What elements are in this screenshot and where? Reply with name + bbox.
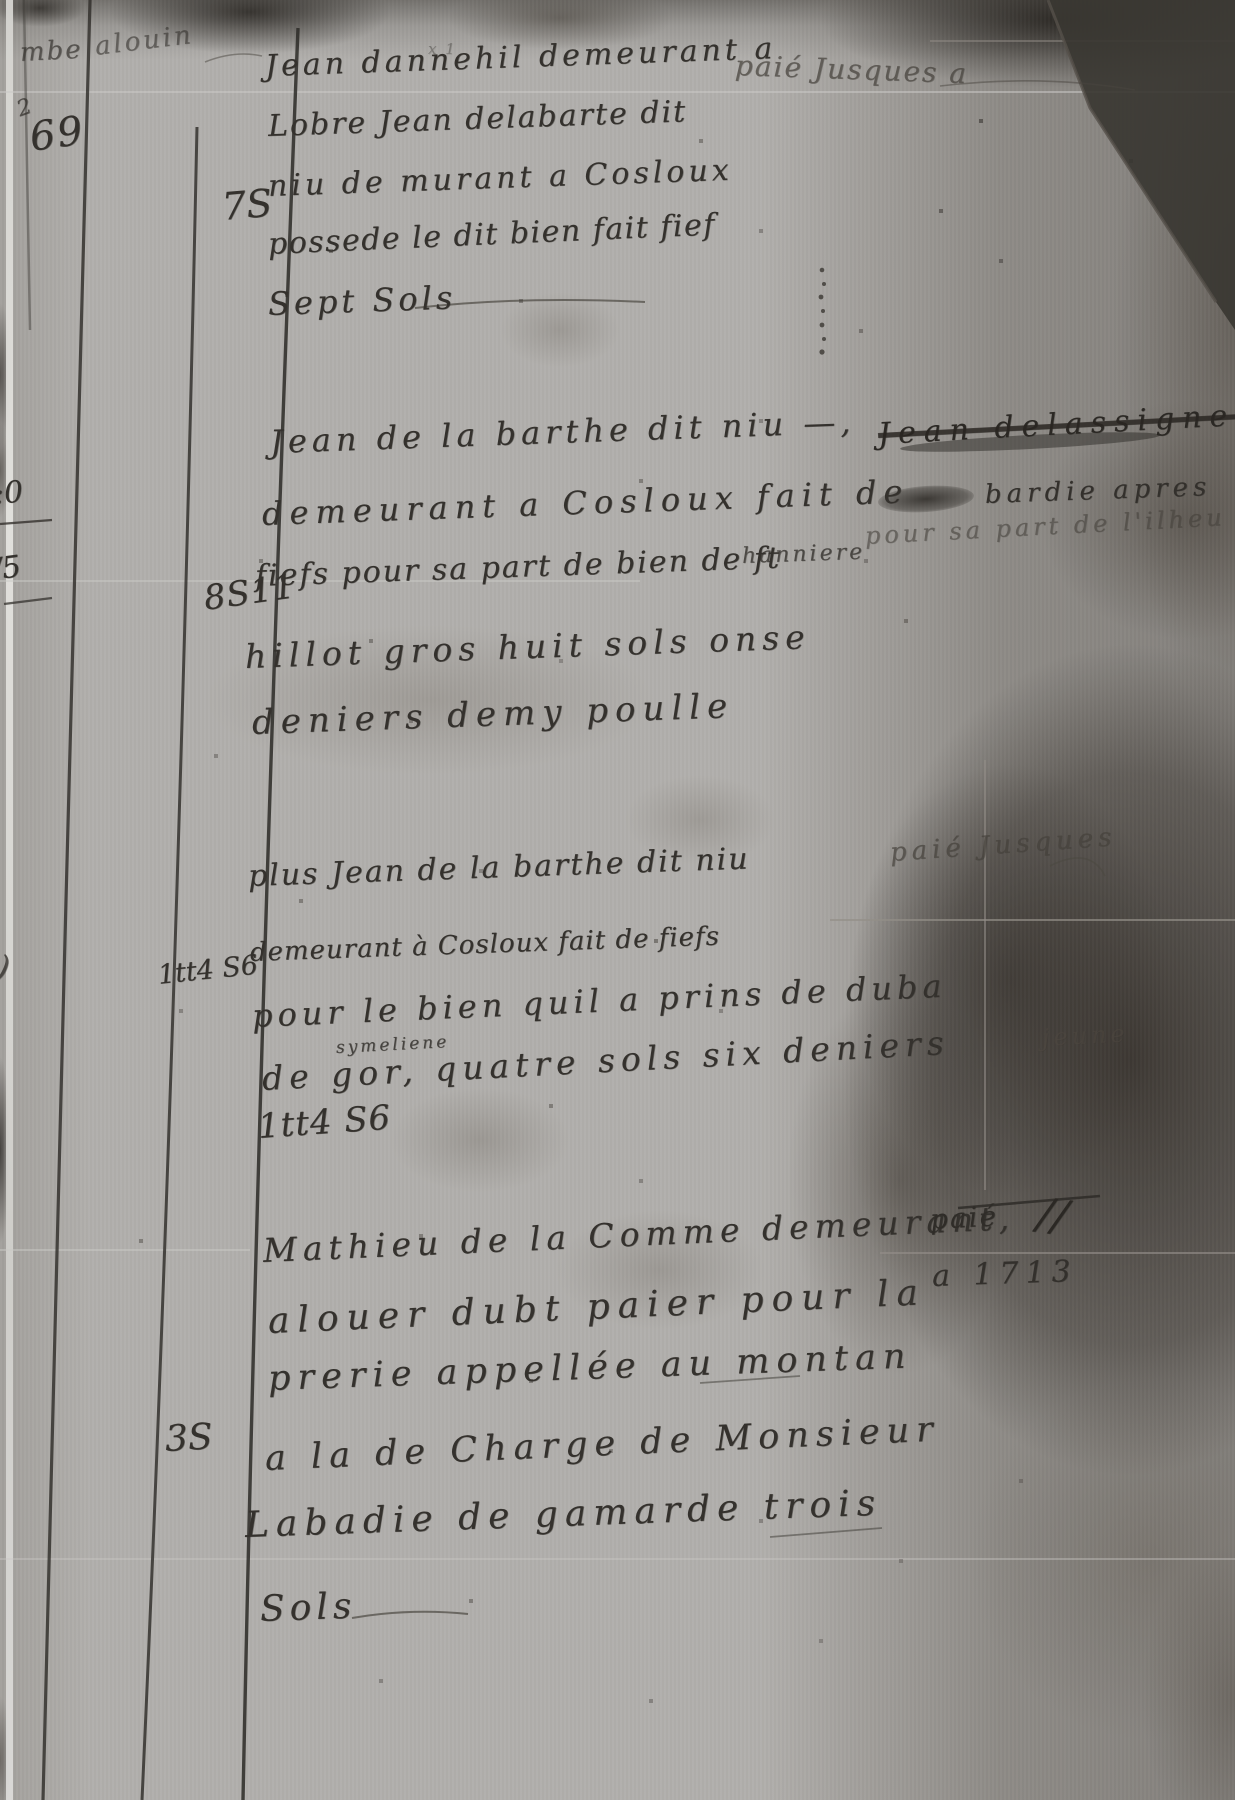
margin-amount-1: 7S [220,184,273,226]
entry1-annotation: paié Jusques a [735,52,969,88]
ink-dot-column [819,268,826,355]
torn-corner [1048,0,1235,330]
entry4-line6: Sols [259,1589,357,1628]
left-amount-partial-1: :0 [0,478,24,510]
manuscript-page: mbe alouin x 1 2 69 :0 /5 ) 7S Jean dann… [0,0,1235,1800]
margin-amount-4: 3S [164,1420,213,1458]
header-flourish [205,54,262,62]
entry1-line5: Sept Sols [267,281,456,320]
entry4-annotation-year: a 1713 [931,1257,1078,1292]
ruled-line-b [43,0,90,1800]
entry2-annotation-2: bardie apres [985,474,1212,508]
entry4-strike-marks: ∕∕ [1035,1192,1070,1240]
header-left-partial: mbe [19,37,83,66]
entry3-stain-word: jeune [1041,1021,1129,1050]
left-amount-partial-2: /5 [0,552,23,586]
entry3-line5-total: 1tt4 S6 [257,1101,392,1144]
annotation-flourish-2 [1050,858,1105,876]
sols-tail [352,1612,468,1618]
entry2-superscript: hanniere [742,542,866,568]
trois-tail [770,1528,882,1537]
amount-dash [4,598,52,604]
amount-underline [0,520,52,524]
entry4-annotation-paid: paié [929,1202,999,1234]
folio-number: 69 [27,111,87,158]
